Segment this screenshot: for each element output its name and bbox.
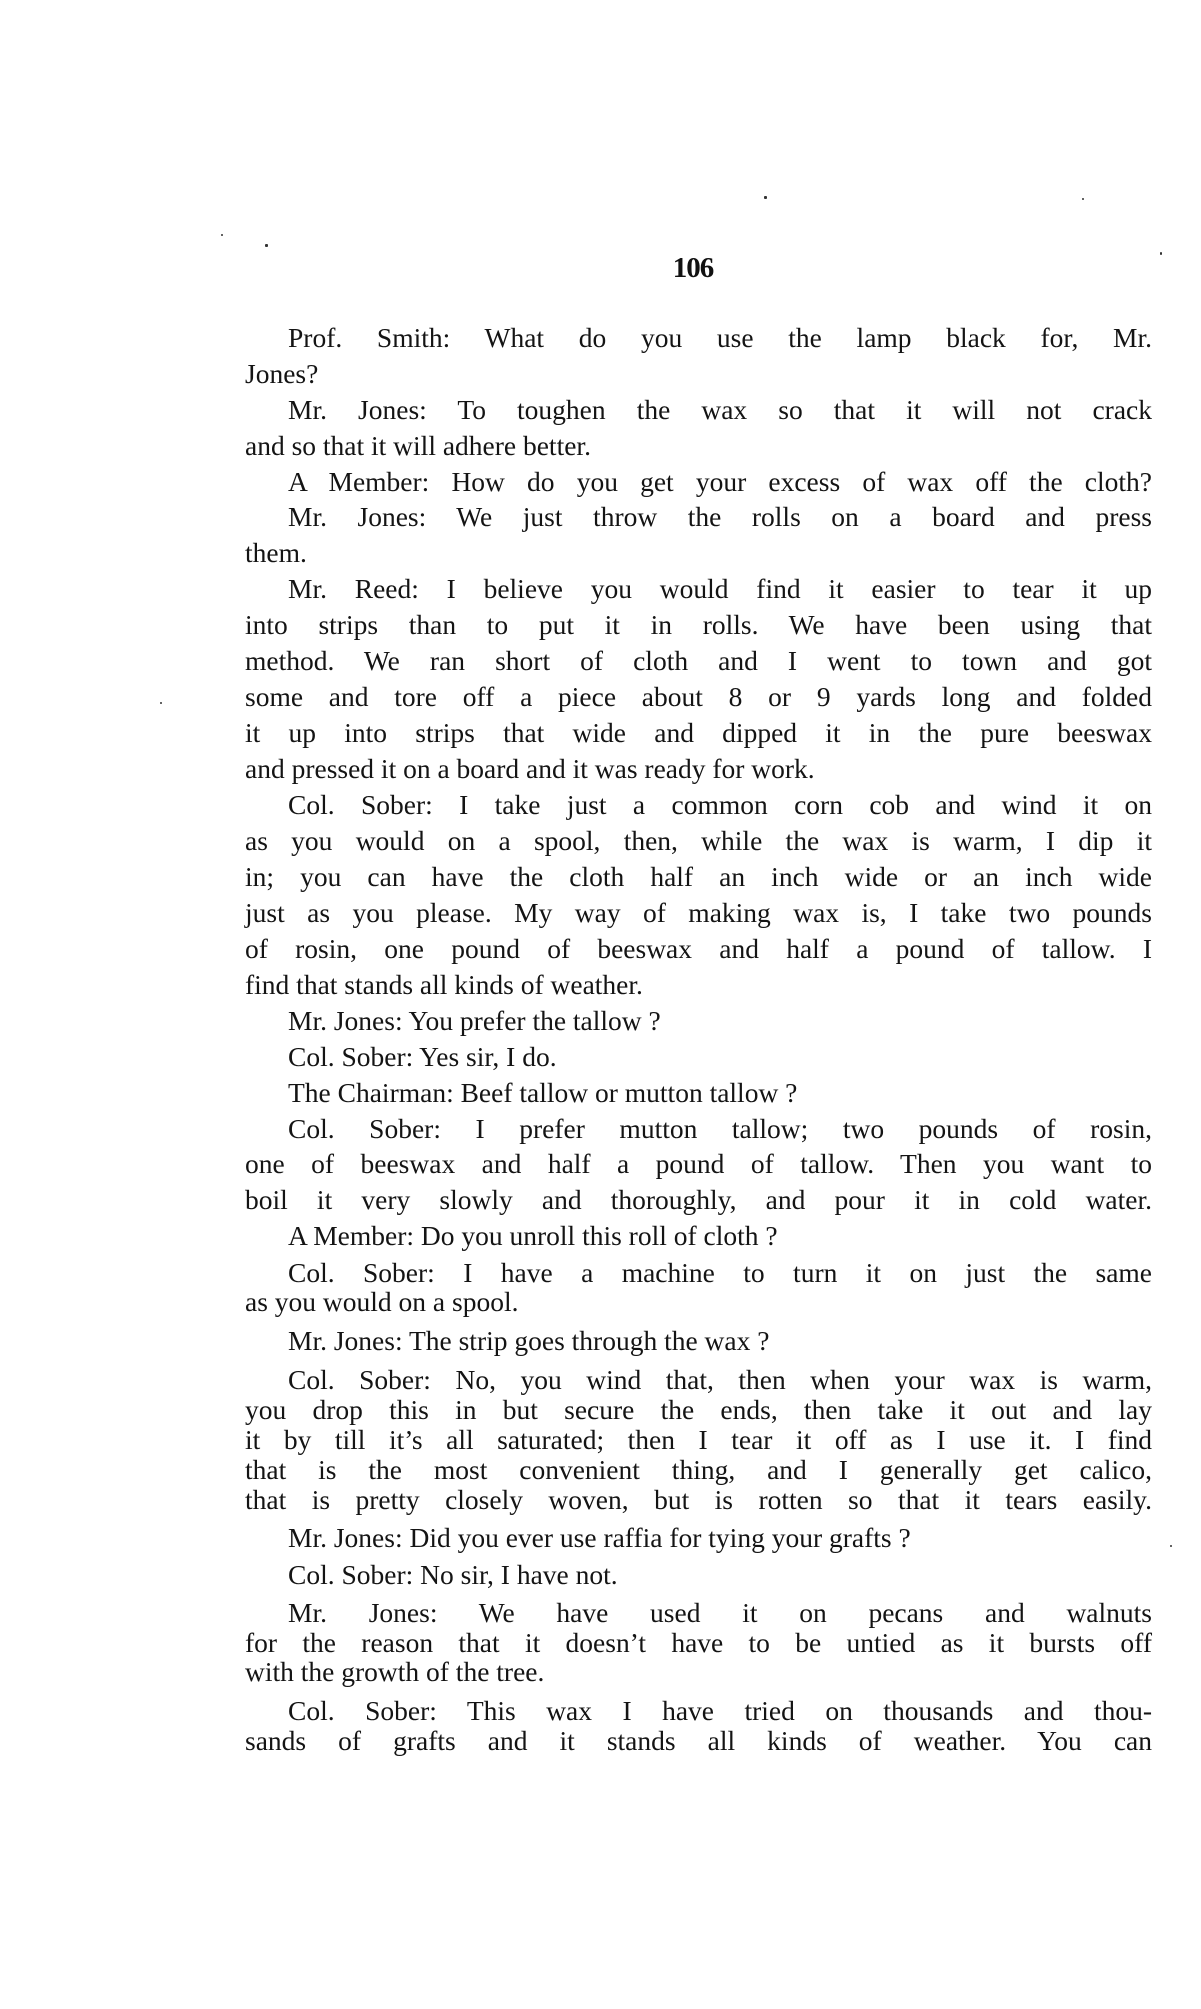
text-line: Mr. Jones: You prefer the tallow ? [288, 1004, 1152, 1038]
text-line: Mr. Reed: I believe you would find it ea… [288, 572, 1152, 606]
text-line: Mr. Jones: We have used it on pecans and… [288, 1596, 1152, 1630]
text-line: of rosin, one pound of beeswax and half … [245, 932, 1152, 966]
text-line: and so that it will adhere better. [245, 429, 1152, 463]
text-line: Mr. Jones: The strip goes through the wa… [288, 1324, 1152, 1358]
scan-speck [265, 244, 268, 247]
text-line: A Member: Do you unroll this roll of clo… [288, 1219, 1152, 1253]
text-line: it by till it’s all saturated; then I te… [245, 1423, 1152, 1457]
scan-speck [764, 196, 767, 199]
text-line: as you would on a spool. [245, 1285, 1152, 1319]
text-line: that is the most convenient thing, and I… [245, 1453, 1152, 1487]
scan-speck [160, 702, 162, 704]
text-line: it up into strips that wide and dipped i… [245, 716, 1152, 750]
text-line: Mr. Jones: Did you ever use raffia for t… [288, 1521, 1152, 1555]
book-page: 106 Prof. Smith: What do you use the lam… [0, 0, 1201, 2009]
text-line: that is pretty closely woven, but is rot… [245, 1483, 1152, 1517]
page-number: 106 [0, 252, 1201, 285]
text-line: sands of grafts and it stands all kinds … [245, 1724, 1152, 1758]
text-line: The Chairman: Beef tallow or mutton tall… [288, 1076, 1152, 1110]
text-line: boil it very slowly and thoroughly, and … [245, 1183, 1152, 1217]
text-line: them. [245, 536, 1152, 570]
text-line: some and tore off a piece about 8 or 9 y… [245, 680, 1152, 714]
text-line: Col. Sober: This wax I have tried on tho… [288, 1694, 1152, 1728]
text-line: Mr. Jones: To toughen the wax so that it… [288, 393, 1152, 427]
text-line: Prof. Smith: What do you use the lamp bl… [288, 321, 1152, 355]
scan-speck [1082, 198, 1084, 200]
text-line: Col. Sober: No, you wind that, then when… [288, 1363, 1152, 1397]
text-line: Col. Sober: Yes sir, I do. [288, 1040, 1152, 1074]
text-line: into strips than to put it in rolls. We … [245, 608, 1152, 642]
text-line: with the growth of the tree. [245, 1655, 1152, 1689]
text-line: Col. Sober: No sir, I have not. [288, 1558, 1152, 1592]
text-line: just as you please. My way of making wax… [245, 896, 1152, 930]
text-line: Jones? [245, 357, 1152, 391]
scan-speck [221, 234, 223, 236]
text-line: as you would on a spool, then, while the… [245, 824, 1152, 858]
text-line: Col. Sober: I prefer mutton tallow; two … [288, 1112, 1152, 1146]
text-line: find that stands all kinds of weather. [245, 968, 1152, 1002]
text-line: you drop this in but secure the ends, th… [245, 1393, 1152, 1427]
text-line: A Member: How do you get your excess of … [288, 465, 1152, 499]
text-line: in; you can have the cloth half an inch … [245, 860, 1152, 894]
scan-speck [1170, 1545, 1172, 1547]
text-line: one of beeswax and half a pound of tallo… [245, 1147, 1152, 1181]
text-line: Col. Sober: I take just a common corn co… [288, 788, 1152, 822]
text-line: Mr. Jones: We just throw the rolls on a … [288, 500, 1152, 534]
text-line: and pressed it on a board and it was rea… [245, 752, 1152, 786]
text-line: method. We ran short of cloth and I went… [245, 644, 1152, 678]
